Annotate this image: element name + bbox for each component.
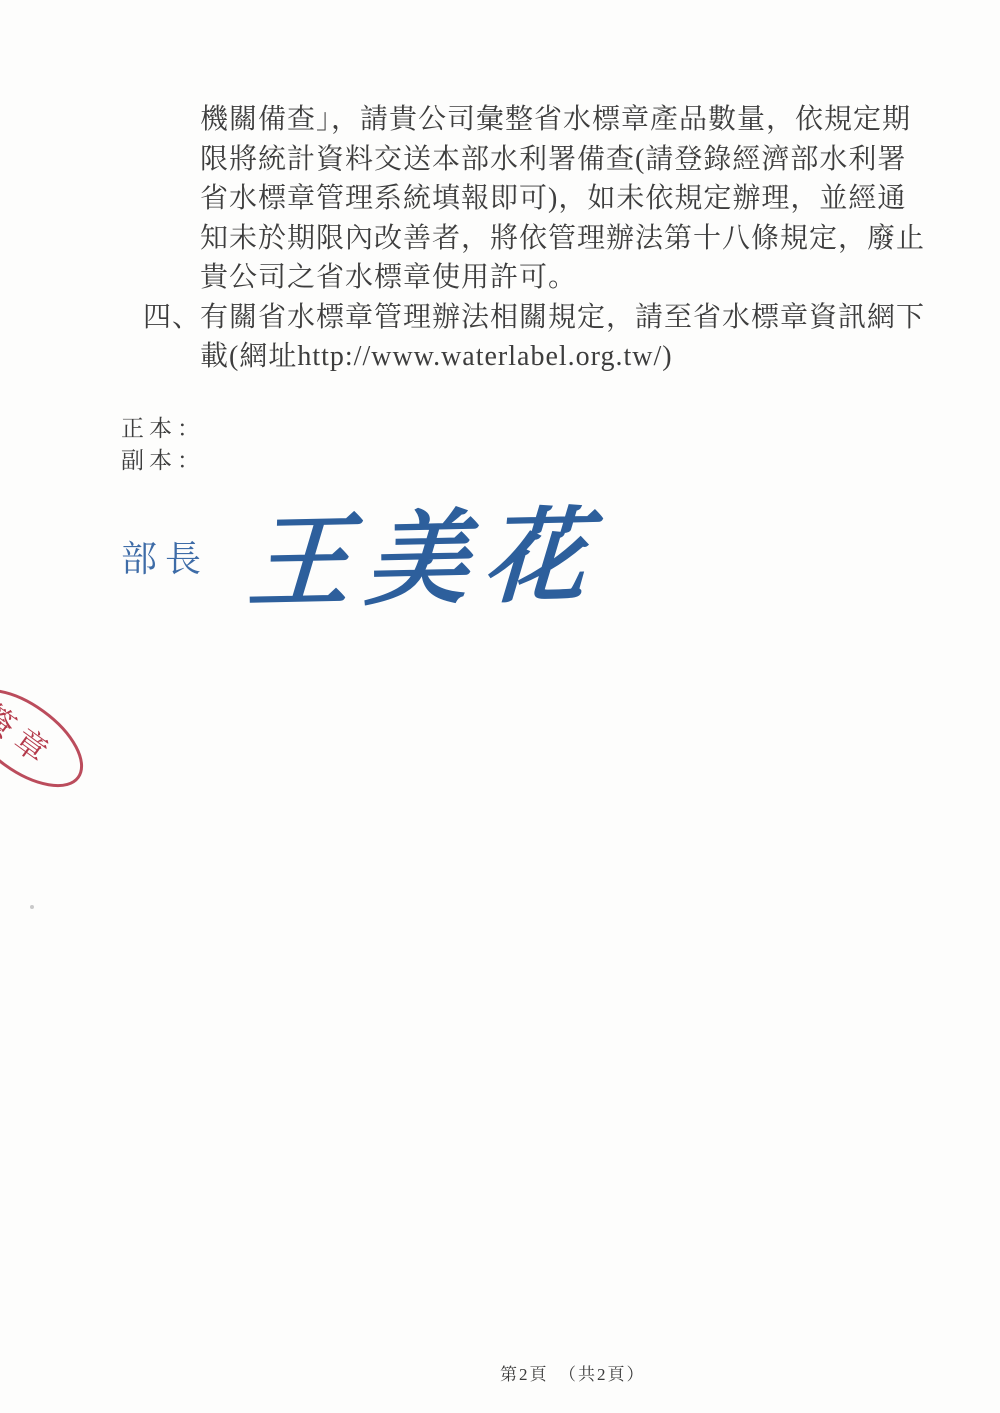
paragraph-line: 貴公司之省水標章使用許可。 [200,258,900,298]
item-four-line1: 四、 有關省水標章管理辦法相關規定，請至省水標章資訊網下 [200,298,900,338]
original-copy-label: 正本： [121,410,205,443]
stamp-char-2: 章 [7,722,54,770]
red-seam-stamp-icon: 簽 章 [0,686,110,801]
paragraph-line: 省水標章管理系統填報即可)，如未依規定辦理，並經通 [200,179,900,219]
item-four-number: 四、 [143,298,201,338]
duplicate-copy-label: 副本： [121,442,205,475]
paragraph-line: 機關備查」，請貴公司彙整省水標章產品數量，依規定期 [200,100,900,140]
minister-title: 部長 [121,531,209,582]
paragraph-line: 知未於期限內改善者，將依管理辦法第十八條規定，廢止 [200,219,900,259]
scan-speck [30,905,34,909]
item-four-text: 有關省水標章管理辦法相關規定，請至省水標章資訊網下 [200,302,925,333]
scanned-document-page: 機關備查」，請貴公司彙整省水標章產品數量，依規定期 限將統計資料交送本部水利署備… [0,0,1000,1413]
body-text: 機關備查」，請貴公司彙整省水標章產品數量，依規定期 限將統計資料交送本部水利署備… [200,100,900,377]
page-footer: 第2頁 （共2頁） [500,1360,646,1385]
item-four-line2: 載(網址http://www.waterlabel.org.tw/) [200,337,900,377]
minister-signature: 王美花 [245,475,606,629]
paragraph-line: 限將統計資料交送本部水利署備查(請登錄經濟部水利署 [200,140,900,180]
